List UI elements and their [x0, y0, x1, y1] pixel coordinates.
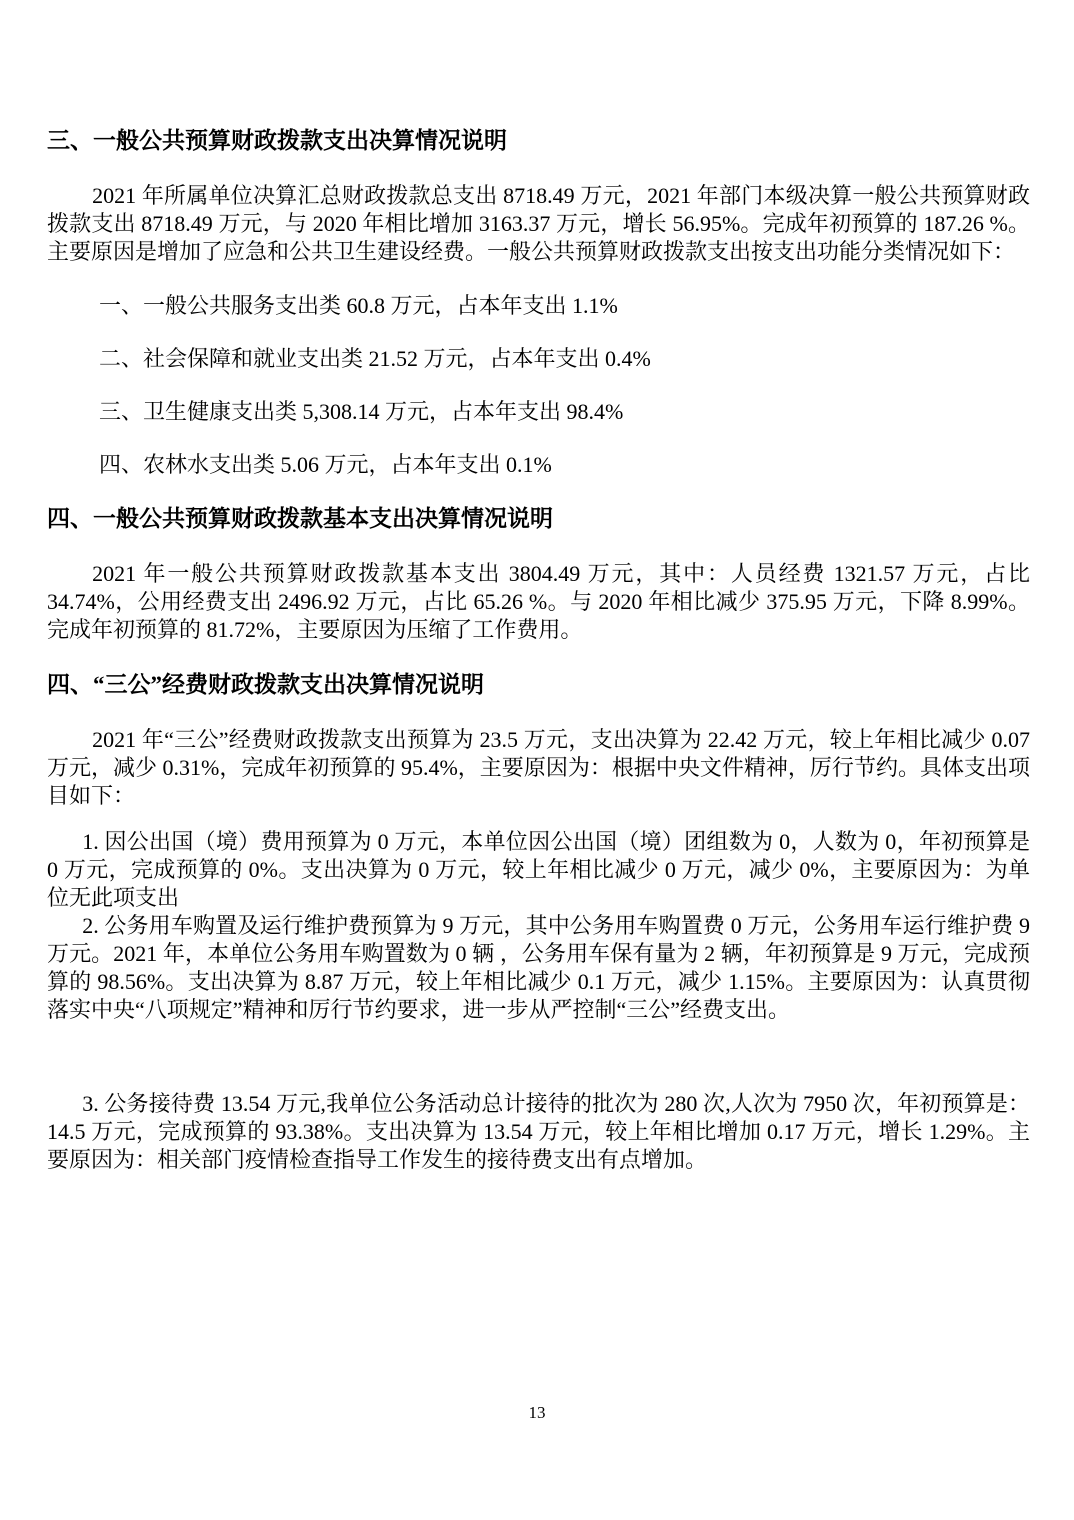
expense-category-item-4: 四、农林水支出类 5.06 万元，占本年支出 0.1% [47, 451, 1030, 479]
expense-category-item-3: 三、卫生健康支出类 5,308.14 万元，占本年支出 98.4% [47, 398, 1030, 426]
three-public-item-overseas-travel: 1. 因公出国（境）费用预算为 0 万元，本单位因公出国（境）团组数为 0，人数… [47, 828, 1030, 912]
page-number: 13 [0, 1402, 1074, 1424]
three-public-item-official-reception: 3. 公务接待费 13.54 万元,我单位公务活动总计接待的批次为 280 次,… [47, 1090, 1030, 1174]
basic-expenditure-paragraph: 2021 年一般公共预算财政拨款基本支出 3804.49 万元，其中：人员经费 … [47, 560, 1030, 644]
section-heading-general-budget-expenditure: 三、一般公共预算财政拨款支出决算情况说明 [47, 126, 1030, 156]
general-budget-expenditure-paragraph: 2021 年所属单位决算汇总财政拨款总支出 8718.49 万元，2021 年部… [47, 182, 1030, 266]
three-public-funds-paragraph: 2021 年“三公”经费财政拨款支出预算为 23.5 万元，支出决算为 22.4… [47, 726, 1030, 810]
expense-category-item-2: 二、社会保障和就业支出类 21.52 万元，占本年支出 0.4% [47, 345, 1030, 373]
section-heading-basic-expenditure: 四、一般公共预算财政拨款基本支出决算情况说明 [47, 504, 1030, 534]
three-public-item-official-vehicles: 2. 公务用车购置及运行维护费预算为 9 万元，其中公务用车购置费 0 万元，公… [47, 912, 1030, 1024]
expense-category-item-1: 一、一般公共服务支出类 60.8 万元，占本年支出 1.1% [47, 292, 1030, 320]
section-heading-three-public-funds: 四、“三公”经费财政拨款支出决算情况说明 [47, 670, 1030, 700]
document-page: 三、一般公共预算财政拨款支出决算情况说明 2021 年所属单位决算汇总财政拨款总… [0, 0, 1074, 1520]
